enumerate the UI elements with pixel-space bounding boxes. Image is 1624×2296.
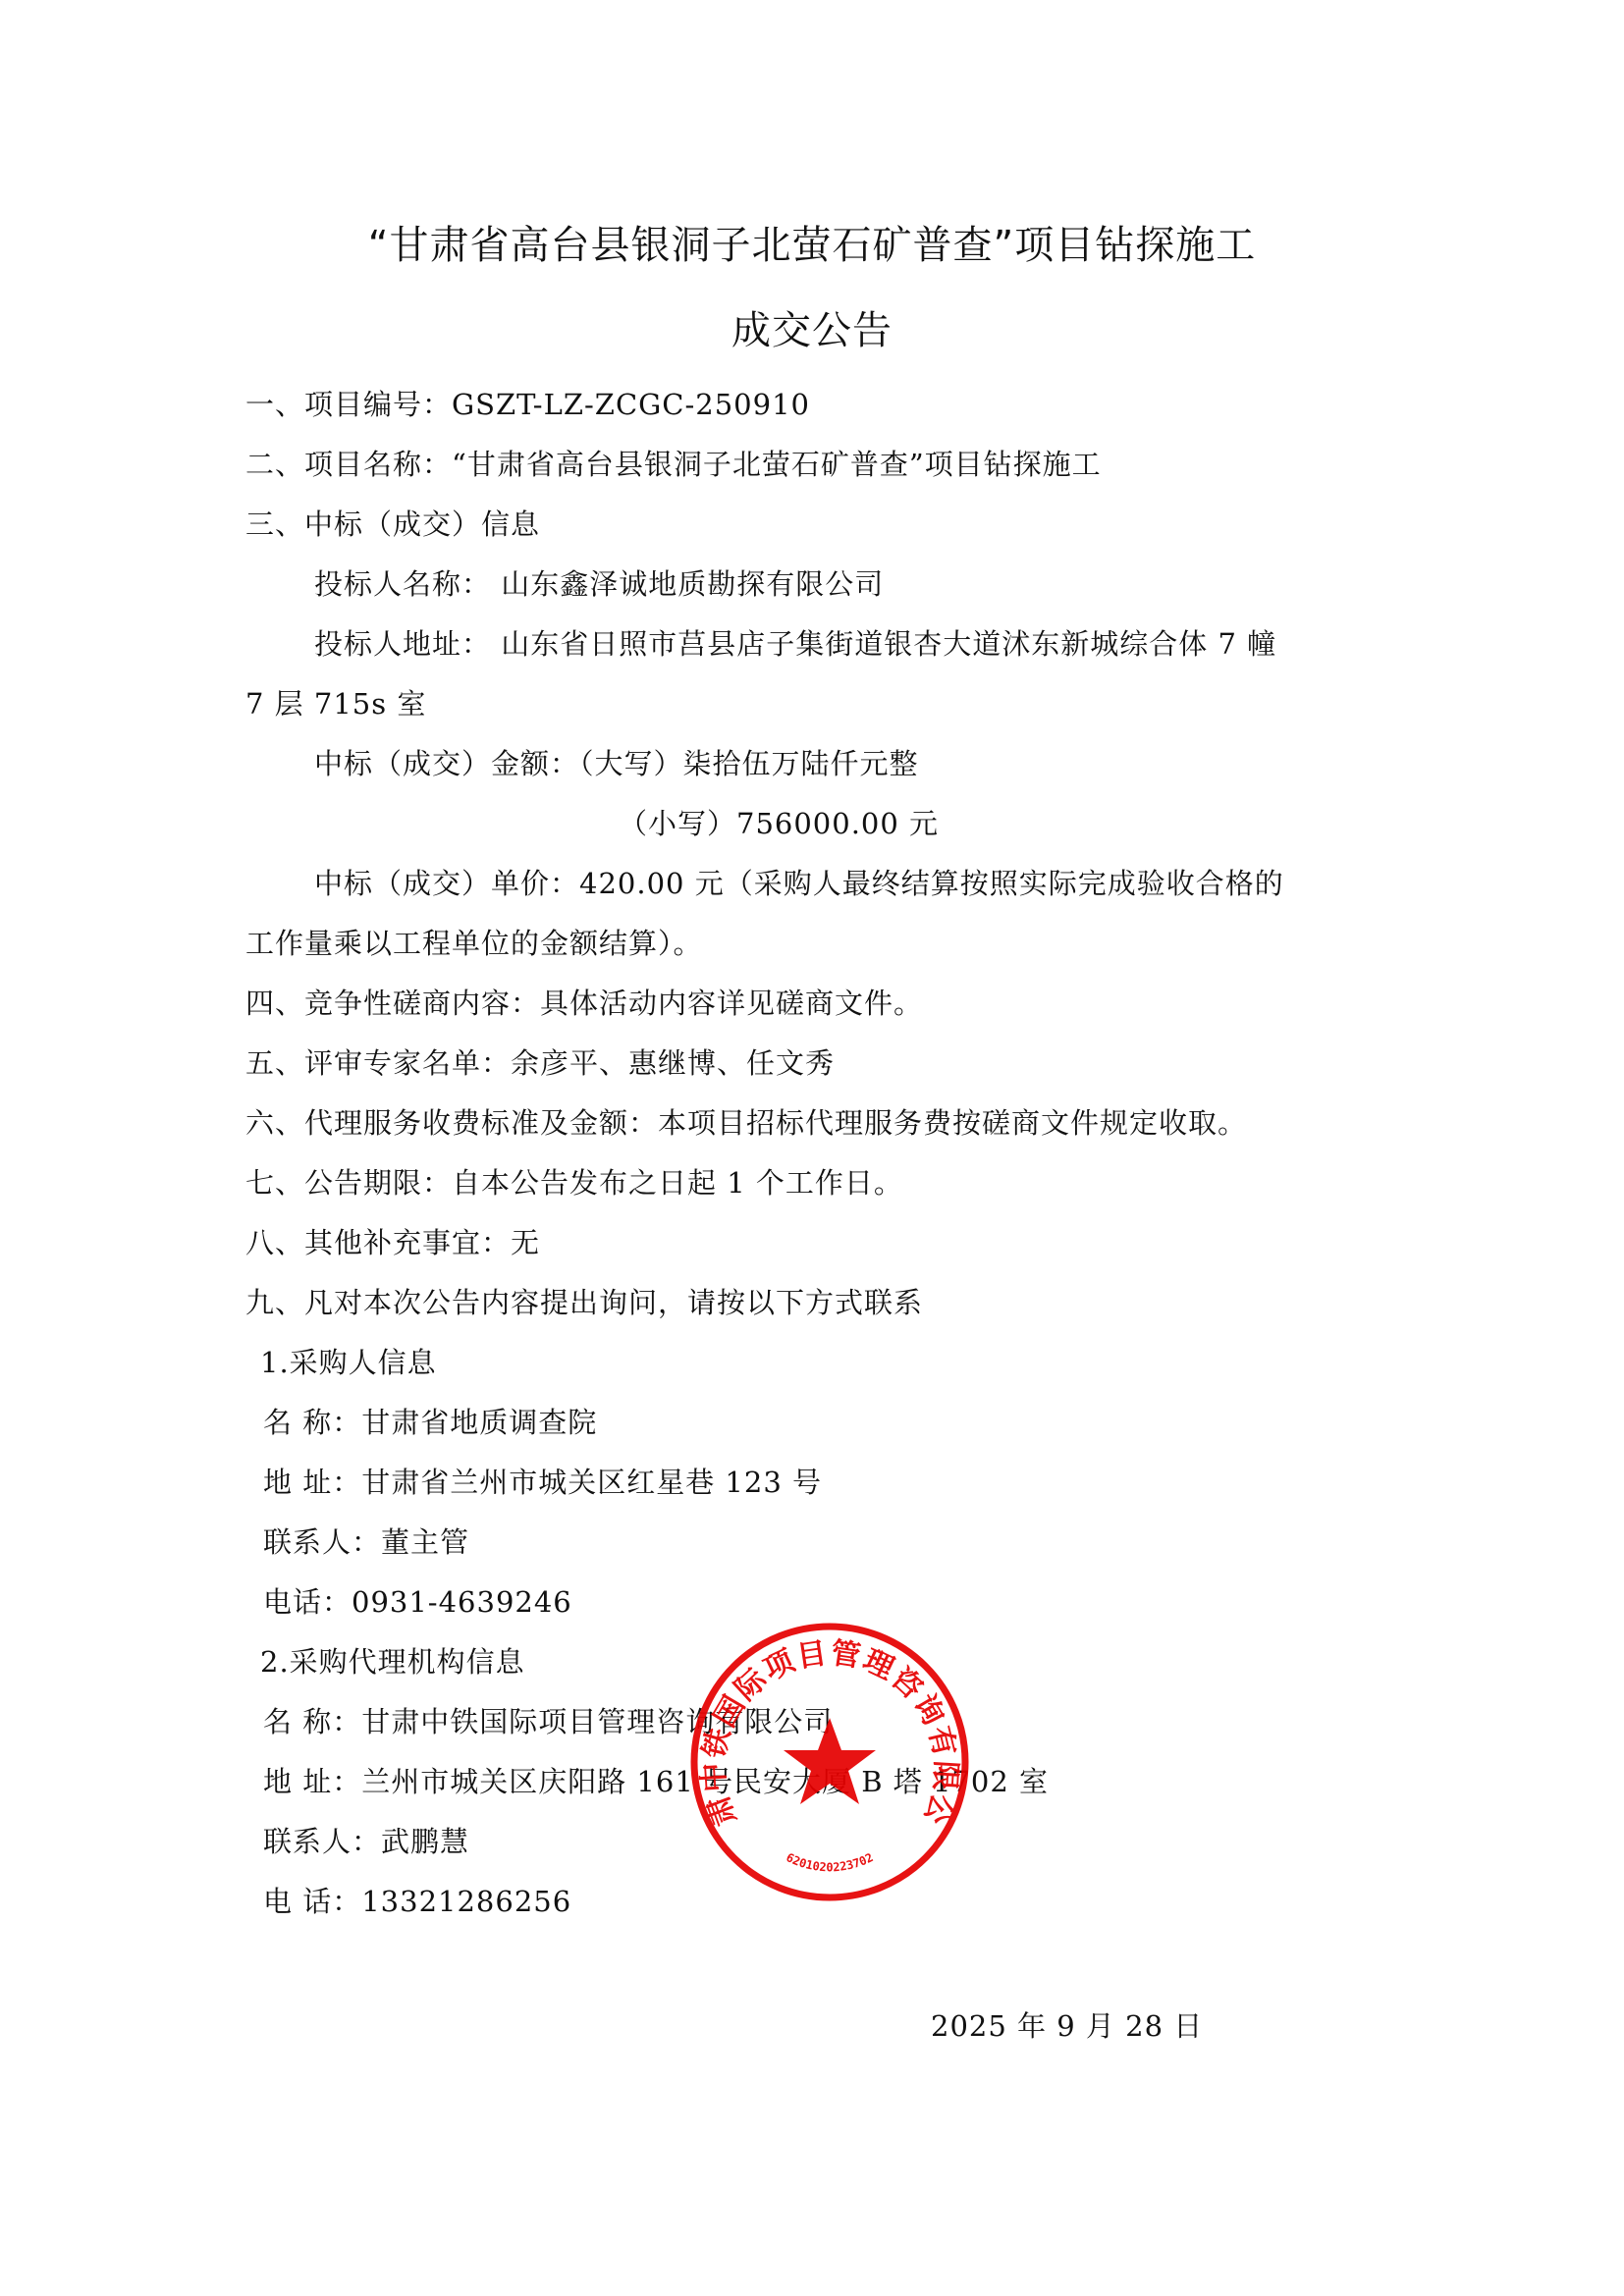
svg-text:6201020223702: 6201020223702 xyxy=(784,1850,875,1874)
agency-heading: 2.采购代理机构信息 xyxy=(260,1642,525,1682)
agency-fee: 六、代理服务收费标准及金额：本项目招标代理服务费按磋商文件规定收取。 xyxy=(245,1103,1247,1143)
bidder-address-line1: 投标人地址： 山东省日照市莒县店子集街道银杏大道沭东新城综合体 7 幢 xyxy=(314,624,1276,664)
purchaser-name: 名 称：甘肃省地质调查院 xyxy=(263,1403,597,1442)
document-page: “甘肃省高台县银洞子北萤石矿普查”项目钻探施工 成交公告 一、项目编号：GSZT… xyxy=(0,0,1624,2296)
unit-price-line2: 工作量乘以工程单位的金额结算）。 xyxy=(245,924,703,963)
stamp-code: 6201020223702 xyxy=(784,1850,875,1874)
award-info-heading: 三、中标（成交）信息 xyxy=(245,505,540,544)
unit-price-line1: 中标（成交）单价：420.00 元（采购人最终结算按照实际完成验收合格的 xyxy=(314,864,1284,903)
document-title-line1: “甘肃省高台县银洞子北萤石矿普查”项目钻探施工 xyxy=(0,214,1624,270)
agency-contact: 联系人：武鹏慧 xyxy=(263,1822,469,1861)
contact-intro: 九、凡对本次公告内容提出询问，请按以下方式联系 xyxy=(245,1283,923,1322)
purchaser-phone: 电话：0931-4639246 xyxy=(263,1582,572,1622)
agency-address: 地 址：兰州市城关区庆阳路 161 号民安大厦 B 塔 1702 室 xyxy=(263,1762,1049,1801)
document-title-line2: 成交公告 xyxy=(0,299,1624,355)
notice-date: 2025 年 9 月 28 日 xyxy=(931,2006,1203,2046)
award-amount-upper: 中标（成交）金额：（大写）柒拾伍万陆仟元整 xyxy=(314,744,919,783)
purchaser-heading: 1.采购人信息 xyxy=(260,1343,437,1382)
agency-phone: 电 话：13321286256 xyxy=(263,1882,571,1921)
notice-period: 七、公告期限：自本公告发布之日起 1 个工作日。 xyxy=(245,1163,903,1202)
project-number: 一、项目编号：GSZT-LZ-ZCGC-250910 xyxy=(245,385,810,424)
purchaser-contact: 联系人：董主管 xyxy=(263,1522,469,1562)
award-amount-lower: （小写）756000.00 元 xyxy=(619,804,939,843)
expert-list: 五、评审专家名单：余彦平、惠继博、任文秀 xyxy=(245,1043,835,1083)
purchaser-address: 地 址：甘肃省兰州市城关区红星巷 123 号 xyxy=(263,1463,822,1502)
project-name: 二、项目名称：“甘肃省高台县银洞子北萤石矿普查”项目钻探施工 xyxy=(245,445,1102,484)
bidder-address-line2: 7 层 715s 室 xyxy=(245,684,426,723)
agency-name: 名 称：甘肃中铁国际项目管理咨询有限公司 xyxy=(263,1702,833,1741)
bidder-name: 投标人名称： 山东鑫泽诚地质勘探有限公司 xyxy=(314,564,884,604)
negotiation-content: 四、竞争性磋商内容：具体活动内容详见磋商文件。 xyxy=(245,984,923,1023)
other-matters: 八、其他补充事宜：无 xyxy=(245,1223,540,1262)
